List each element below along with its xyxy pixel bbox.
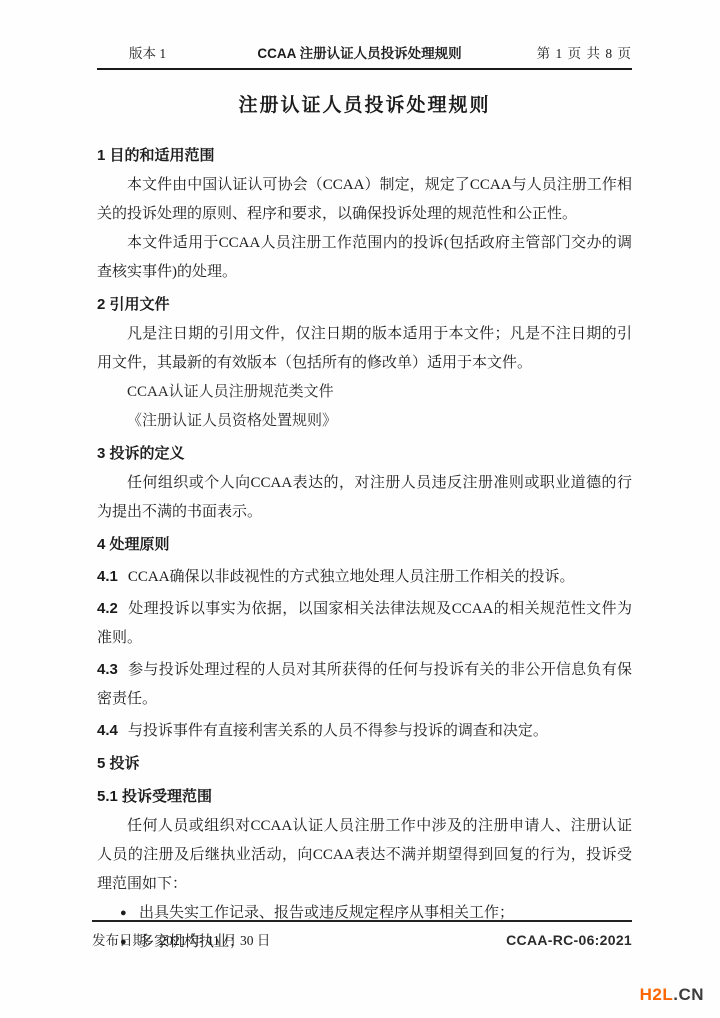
document-page: 版本 1 CCAA 注册认证人员投诉处理规则 第 1 页 共 8 页 注册认证人… (0, 0, 720, 1018)
footer-doc-code: CCAA-RC-06:2021 (506, 932, 632, 948)
clause-4-2: 4.2处理投诉以事实为依据，以国家相关法律法规及CCAA的相关规范性文件为准则。 (97, 594, 632, 653)
section-heading-3: 3 投诉的定义 (97, 439, 632, 469)
watermark-secondary: .CN (673, 985, 704, 1004)
section-heading-2: 2 引用文件 (97, 290, 632, 320)
document-title: 注册认证人员投诉处理规则 (97, 90, 632, 117)
footer-release-date: 发布日期：2021 年 11 月 30 日 (92, 929, 270, 949)
clause-4-1: 4.1CCAA确保以非歧视性的方式独立地处理人员注册工作相关的投诉。 (97, 562, 632, 592)
clause-text: 与投诉事件有直接利害关系的人员不得参与投诉的调查和决定。 (128, 723, 548, 739)
clause-text: 处理投诉以事实为依据，以国家相关法律法规及CCAA的相关规范性文件为准则。 (97, 601, 632, 646)
page-footer: 发布日期：2021 年 11 月 30 日 CCAA-RC-06:2021 (92, 920, 632, 949)
page-header: 版本 1 CCAA 注册认证人员投诉处理规则 第 1 页 共 8 页 (97, 42, 632, 70)
header-page-info: 第 1 页 共 8 页 (497, 42, 632, 62)
watermark-primary: H2L (640, 985, 674, 1004)
document-body: 注册认证人员投诉处理规则 1 目的和适用范围 本文件由中国认证认可协会（CCAA… (97, 90, 632, 957)
clause-number: 4.4 (97, 722, 118, 739)
reference-item: 《注册认证人员资格处置规则》 (97, 407, 632, 436)
header-doc-title: CCAA 注册认证人员投诉处理规则 (222, 42, 497, 62)
header-version: 版本 1 (97, 42, 222, 62)
clause-number: 4.2 (97, 600, 118, 617)
watermark-logo: H2L.CN (640, 985, 704, 1005)
paragraph: 凡是注日期的引用文件，仅注日期的版本适用于本文件；凡是不注日期的引用文件，其最新… (97, 320, 632, 378)
section-heading-5: 5 投诉 (97, 749, 632, 779)
clause-text: 参与投诉处理过程的人员对其所获得的任何与投诉有关的非公开信息负有保密责任。 (97, 662, 632, 707)
section-heading-1: 1 目的和适用范围 (97, 141, 632, 171)
paragraph: 本文件适用于CCAA人员注册工作范围内的投诉(包括政府主管部门交办的调查核实事件… (97, 229, 632, 287)
paragraph: 任何人员或组织对CCAA认证人员注册工作中涉及的注册申请人、注册认证人员的注册及… (97, 812, 632, 899)
clause-4-4: 4.4与投诉事件有直接利害关系的人员不得参与投诉的调查和决定。 (97, 716, 632, 746)
paragraph: 任何组织或个人向CCAA表达的，对注册人员违反注册准则或职业道德的行为提出不满的… (97, 469, 632, 527)
section-heading-4: 4 处理原则 (97, 530, 632, 560)
clause-number: 4.1 (97, 568, 118, 585)
section-heading-5-1: 5.1 投诉受理范围 (97, 782, 632, 812)
paragraph: 本文件由中国认证认可协会（CCAA）制定，规定了CCAA与人员注册工作相关的投诉… (97, 171, 632, 229)
clause-text: CCAA确保以非歧视性的方式独立地处理人员注册工作相关的投诉。 (128, 569, 575, 585)
clause-4-3: 4.3参与投诉处理过程的人员对其所获得的任何与投诉有关的非公开信息负有保密责任。 (97, 655, 632, 714)
reference-item: CCAA认证人员注册规范类文件 (97, 378, 632, 407)
clause-number: 4.3 (97, 661, 118, 678)
